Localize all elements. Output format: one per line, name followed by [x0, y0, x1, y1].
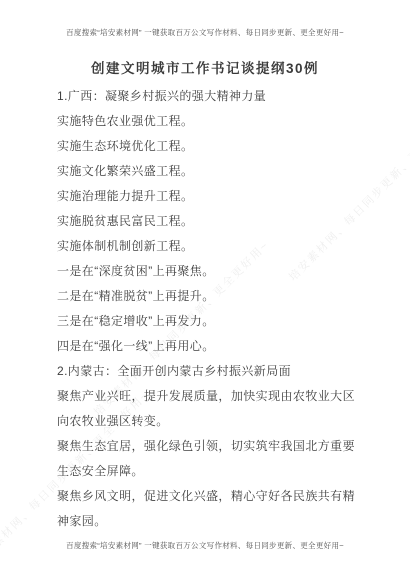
- paragraph: 一是在“深度贫困”上再聚焦。: [57, 259, 355, 284]
- paragraph: 聚焦生态宜居，强化绿色引领，切实筑牢我国北方重要生态安全屏障。: [57, 434, 355, 484]
- paragraph: 实施治理能力提升工程。: [57, 184, 355, 209]
- paragraph: 实施特色农业强优工程。: [57, 109, 355, 134]
- document-title: 创建文明城市工作书记谈提纲30例: [0, 57, 410, 77]
- paragraph: 实施文化繁荣兴盛工程。: [57, 159, 355, 184]
- paragraph: 聚焦乡风文明，促进文化兴盛，精心守好各民族共有精神家园。: [57, 484, 355, 534]
- paragraph: 四是在“强化一线”上再用心。: [57, 334, 355, 359]
- document-page: 培安素材网、每日同步更新、更全更好用~ 培安素材网、每日同步更新、更全更好用~ …: [0, 0, 410, 580]
- header-promo-note: 百度搜索“培安素材网” 一键获取百万公文写作材料、每日同步更新、更全更好用~: [0, 27, 410, 38]
- document-body: 1.广西：凝聚乡村振兴的强大精神力量 实施特色农业强优工程。 实施生态环境优化工…: [57, 84, 355, 534]
- paragraph: 实施生态环境优化工程。: [57, 134, 355, 159]
- paragraph: 实施体制机制创新工程。: [57, 234, 355, 259]
- paragraph: 实施脱贫惠民富民工程。: [57, 209, 355, 234]
- footer-promo-note: 百度搜索“培安素材网” 一键获取百万公文写作材料、每日同步更新、更全更好用~: [0, 540, 410, 551]
- section-heading: 1.广西：凝聚乡村振兴的强大精神力量: [57, 84, 355, 109]
- paragraph: 聚焦产业兴旺，提升发展质量，加快实现由农牧业大区向农牧业强区转变。: [57, 384, 355, 434]
- paragraph: 二是在“精准脱贫”上再提升。: [57, 284, 355, 309]
- paragraph: 三是在“稳定增收”上再发力。: [57, 309, 355, 334]
- section-heading: 2.内蒙古：全面开创内蒙古乡村振兴新局面: [57, 359, 355, 384]
